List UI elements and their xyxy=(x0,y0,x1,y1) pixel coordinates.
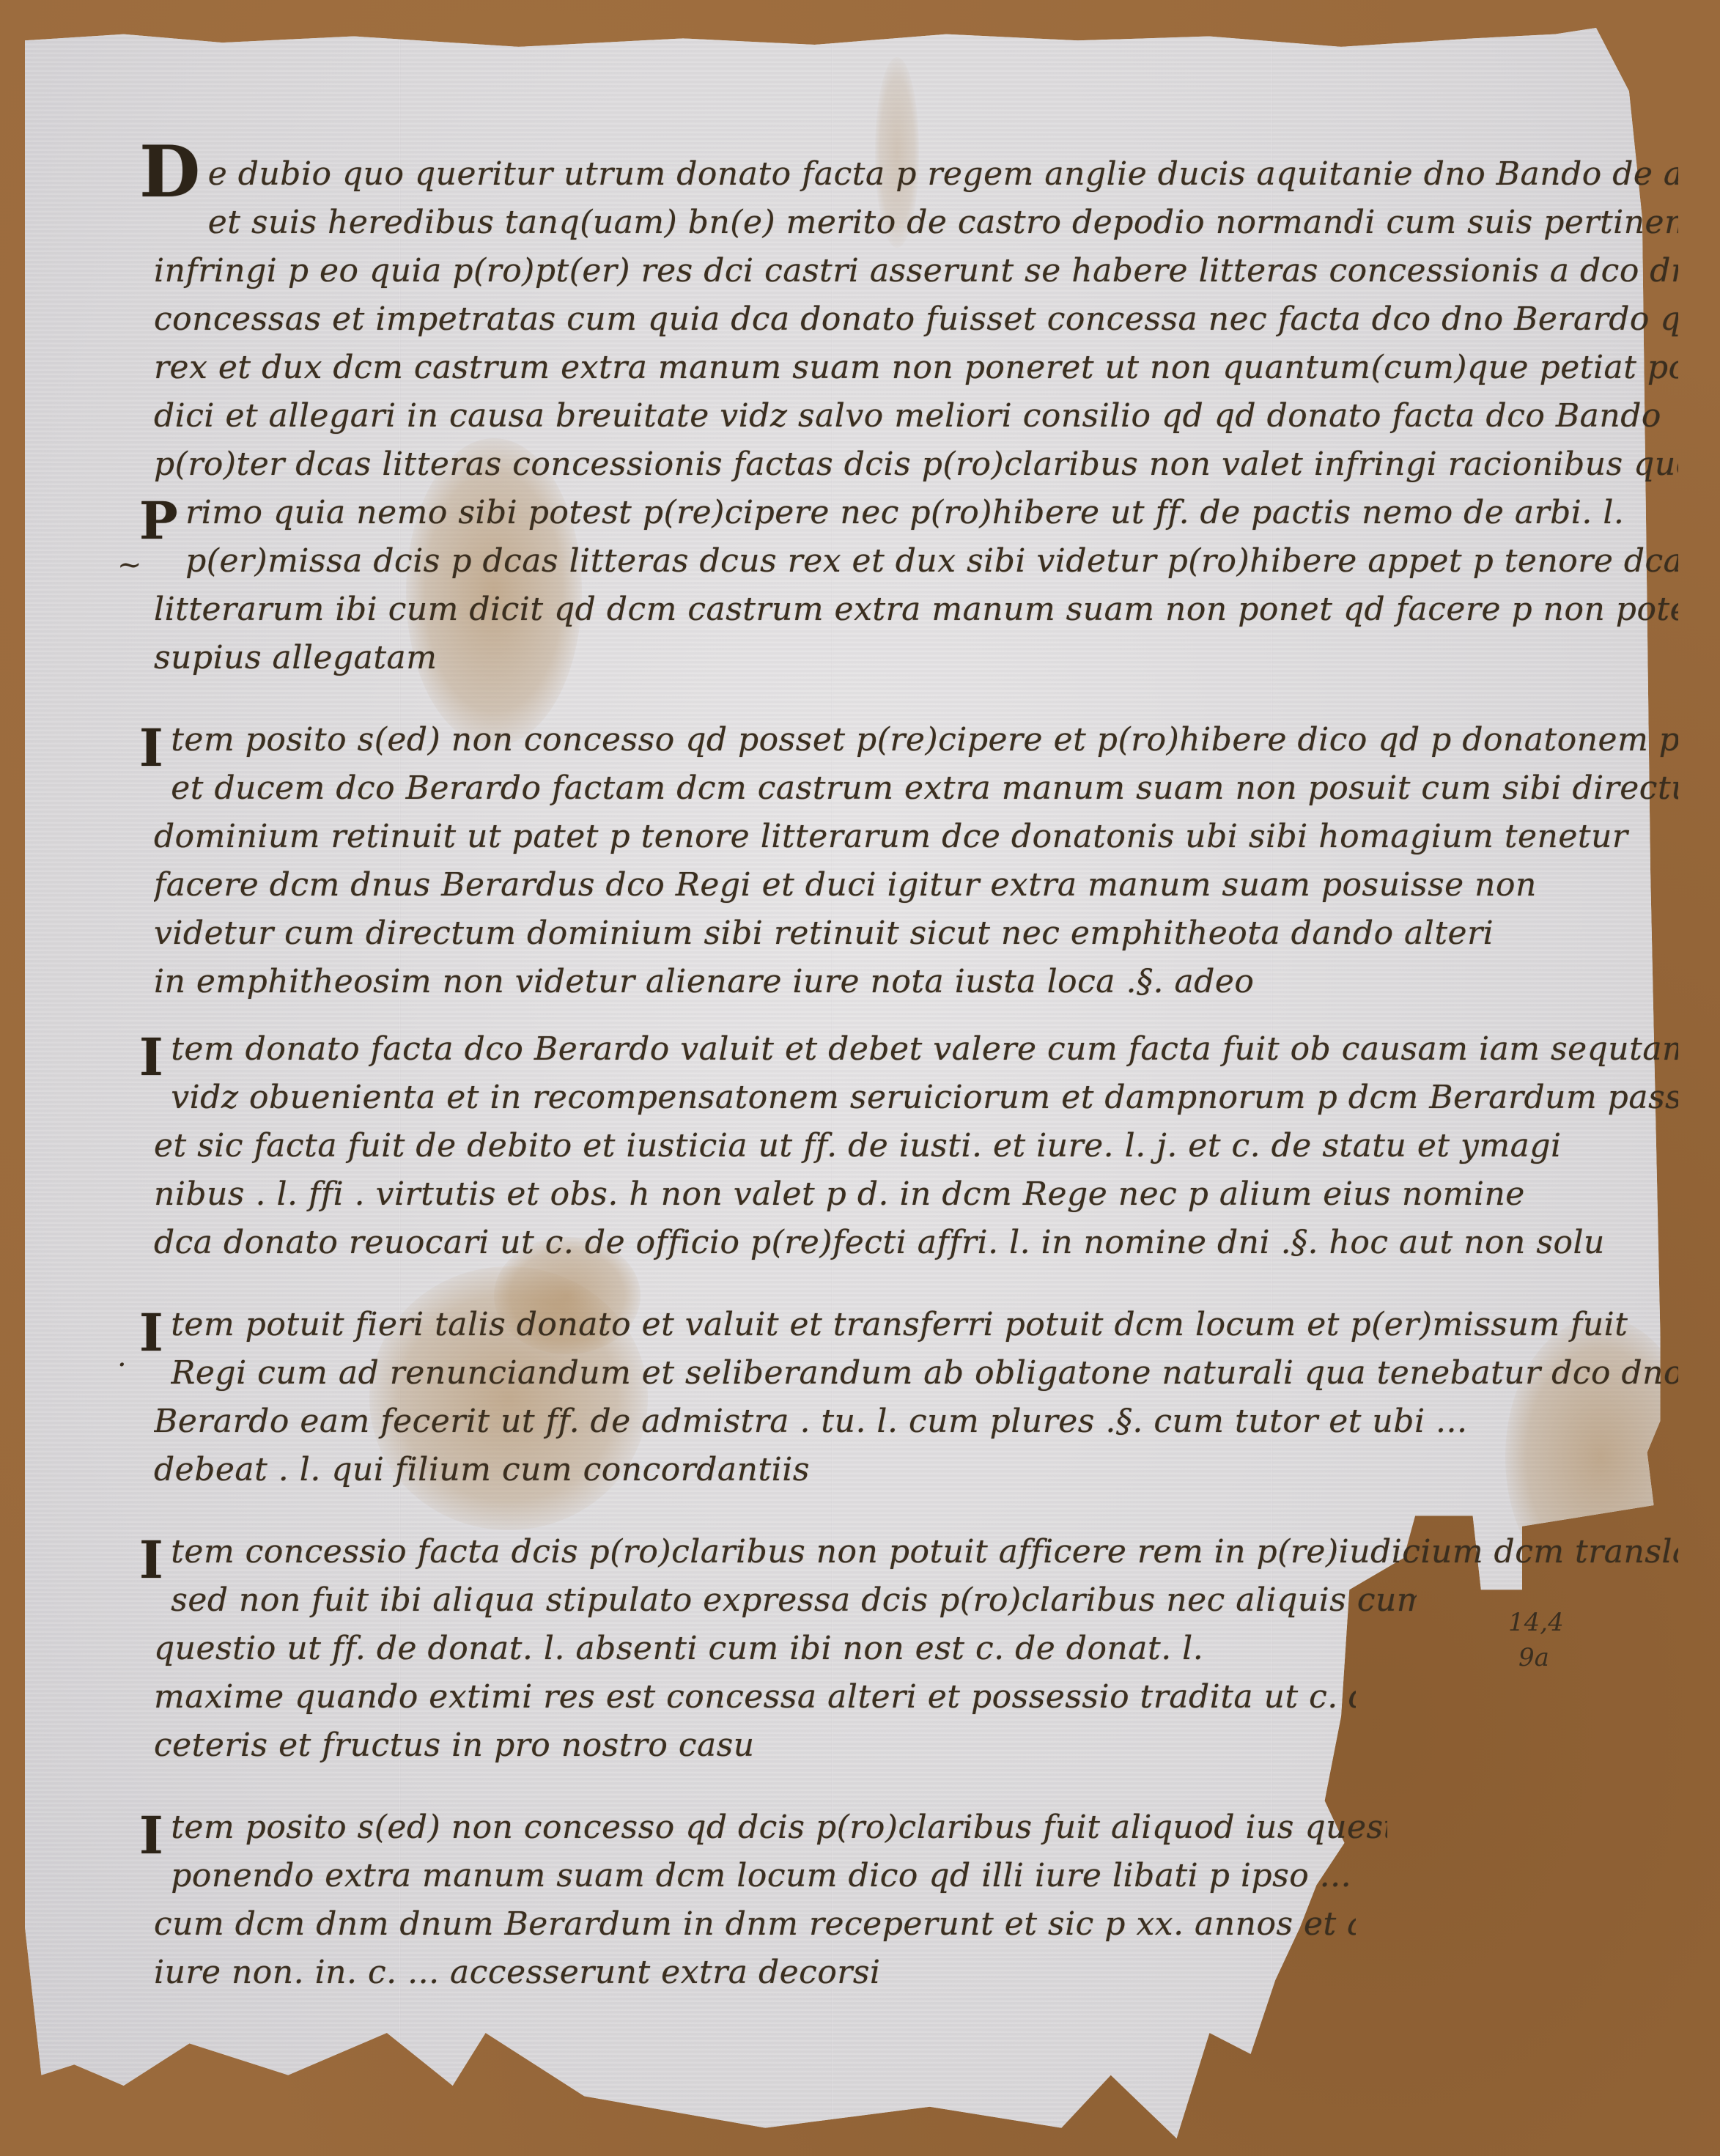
text-line: Berardo eam fecerit ut ff. de admistra .… xyxy=(154,1398,1678,1446)
text-line: vidz obuenienta et in recompensatonem se… xyxy=(171,1074,1678,1122)
text-line: p(er)missa dcis p dcas litteras dcus rex… xyxy=(185,537,1678,586)
decorated-initial: I xyxy=(139,1525,163,1595)
text-line: supius allegatam xyxy=(154,634,1678,682)
text-line: tem posito s(ed) non concesso qd posset … xyxy=(171,716,1678,764)
text-line: sed non fuit ibi aliqua stipulato expres… xyxy=(171,1576,1417,1625)
text-line: in emphitheosim non videtur alienare iur… xyxy=(154,958,1678,1006)
paragraph-2: P rimo quia nemo sibi potest p(re)cipere… xyxy=(154,489,1678,682)
text-line: dominium retinuit ut patet p tenore litt… xyxy=(154,813,1678,861)
paragraph-4: I tem donato facta dco Berardo valuit et… xyxy=(154,1025,1678,1267)
text-line: dici et allegari in causa breuitate vidz… xyxy=(154,392,1678,440)
text-line: dca donato reuocari ut c. de officio p(r… xyxy=(154,1219,1678,1267)
manuscript-text: D e dubio quo queritur utrum donato fact… xyxy=(154,150,1678,2031)
text-line: tem posito s(ed) non concesso qd dcis p(… xyxy=(171,1804,1387,1852)
text-line: rex et dux dcm castrum extra manum suam … xyxy=(154,344,1678,392)
text-line: litterarum ibi cum dicit qd dcm castrum … xyxy=(154,586,1678,634)
decorated-initial: I xyxy=(139,713,163,783)
text-line: tem donato facta dco Berardo valuit et d… xyxy=(171,1025,1678,1074)
decorated-initial: I xyxy=(139,1801,163,1871)
text-line: et ducem dco Berardo factam dcm castrum … xyxy=(171,764,1678,813)
paragraph-7: I tem posito s(ed) non concesso qd dcis … xyxy=(154,1804,1678,1997)
text-line: tem concessio facta dcis p(ro)claribus n… xyxy=(171,1528,1678,1576)
text-line: questio ut ff. de donat. l. absenti cum … xyxy=(154,1625,1370,1673)
text-line: p(ro)ter dcas litteras concessionis fact… xyxy=(154,440,1678,489)
text-line: infringi p eo quia p(ro)pt(er) res dci c… xyxy=(154,247,1678,295)
text-line: iure non. in. c. ... accesserunt extra d… xyxy=(154,1949,1678,1997)
folio-annotation: 14,4 9a xyxy=(1508,1605,1564,1675)
folio-number-top: 14,4 xyxy=(1508,1605,1564,1640)
text-line: tem potuit fieri talis donato et valuit … xyxy=(171,1301,1678,1349)
decorated-initial: I xyxy=(139,1298,163,1368)
text-line: et suis heredibus tanq(uam) bn(e) merito… xyxy=(208,199,1678,247)
text-line: Regi cum ad renunciandum et seliberandum… xyxy=(171,1349,1678,1398)
margin-bracket-mark: ~ xyxy=(117,548,142,582)
text-line: maxime quando extimi res est concessa al… xyxy=(154,1673,1356,1721)
text-line: nibus . l. ffi . virtutis et obs. h non … xyxy=(154,1170,1678,1219)
text-line: rimo quia nemo sibi potest p(re)cipere n… xyxy=(185,489,1678,537)
decorated-initial: I xyxy=(139,1022,163,1093)
text-line: cum dcm dnm dnum Berardum in dnm receper… xyxy=(154,1900,1356,1949)
decorated-initial: P xyxy=(139,486,178,556)
paragraph-5: I tem potuit fieri talis donato et valui… xyxy=(154,1301,1678,1494)
paragraph-6: I tem concessio facta dcis p(ro)claribus… xyxy=(154,1528,1678,1770)
text-line: facere dcm dnus Berardus dco Regi et duc… xyxy=(154,861,1678,909)
paragraph-1: D e dubio quo queritur utrum donato fact… xyxy=(154,150,1678,489)
text-line: concessas et impetratas cum quia dca don… xyxy=(154,295,1678,344)
text-line: e dubio quo queritur utrum donato facta … xyxy=(208,150,1678,199)
text-line: ponendo extra manum suam dcm locum dico … xyxy=(171,1852,1380,1900)
text-line: et sic facta fuit de debito et iusticia … xyxy=(154,1122,1678,1170)
folio-number-bottom: 9a xyxy=(1518,1640,1564,1675)
text-line: ceteris et fructus in pro nostro casu xyxy=(154,1721,1678,1770)
paragraph-3: I tem posito s(ed) non concesso qd posse… xyxy=(154,716,1678,1006)
margin-dot-mark: · xyxy=(117,1348,127,1382)
text-line: videtur cum directum dominium sibi retin… xyxy=(154,909,1678,958)
decorated-initial: D xyxy=(139,137,201,207)
text-line: debeat . l. qui filium cum concordantiis xyxy=(154,1446,1678,1494)
